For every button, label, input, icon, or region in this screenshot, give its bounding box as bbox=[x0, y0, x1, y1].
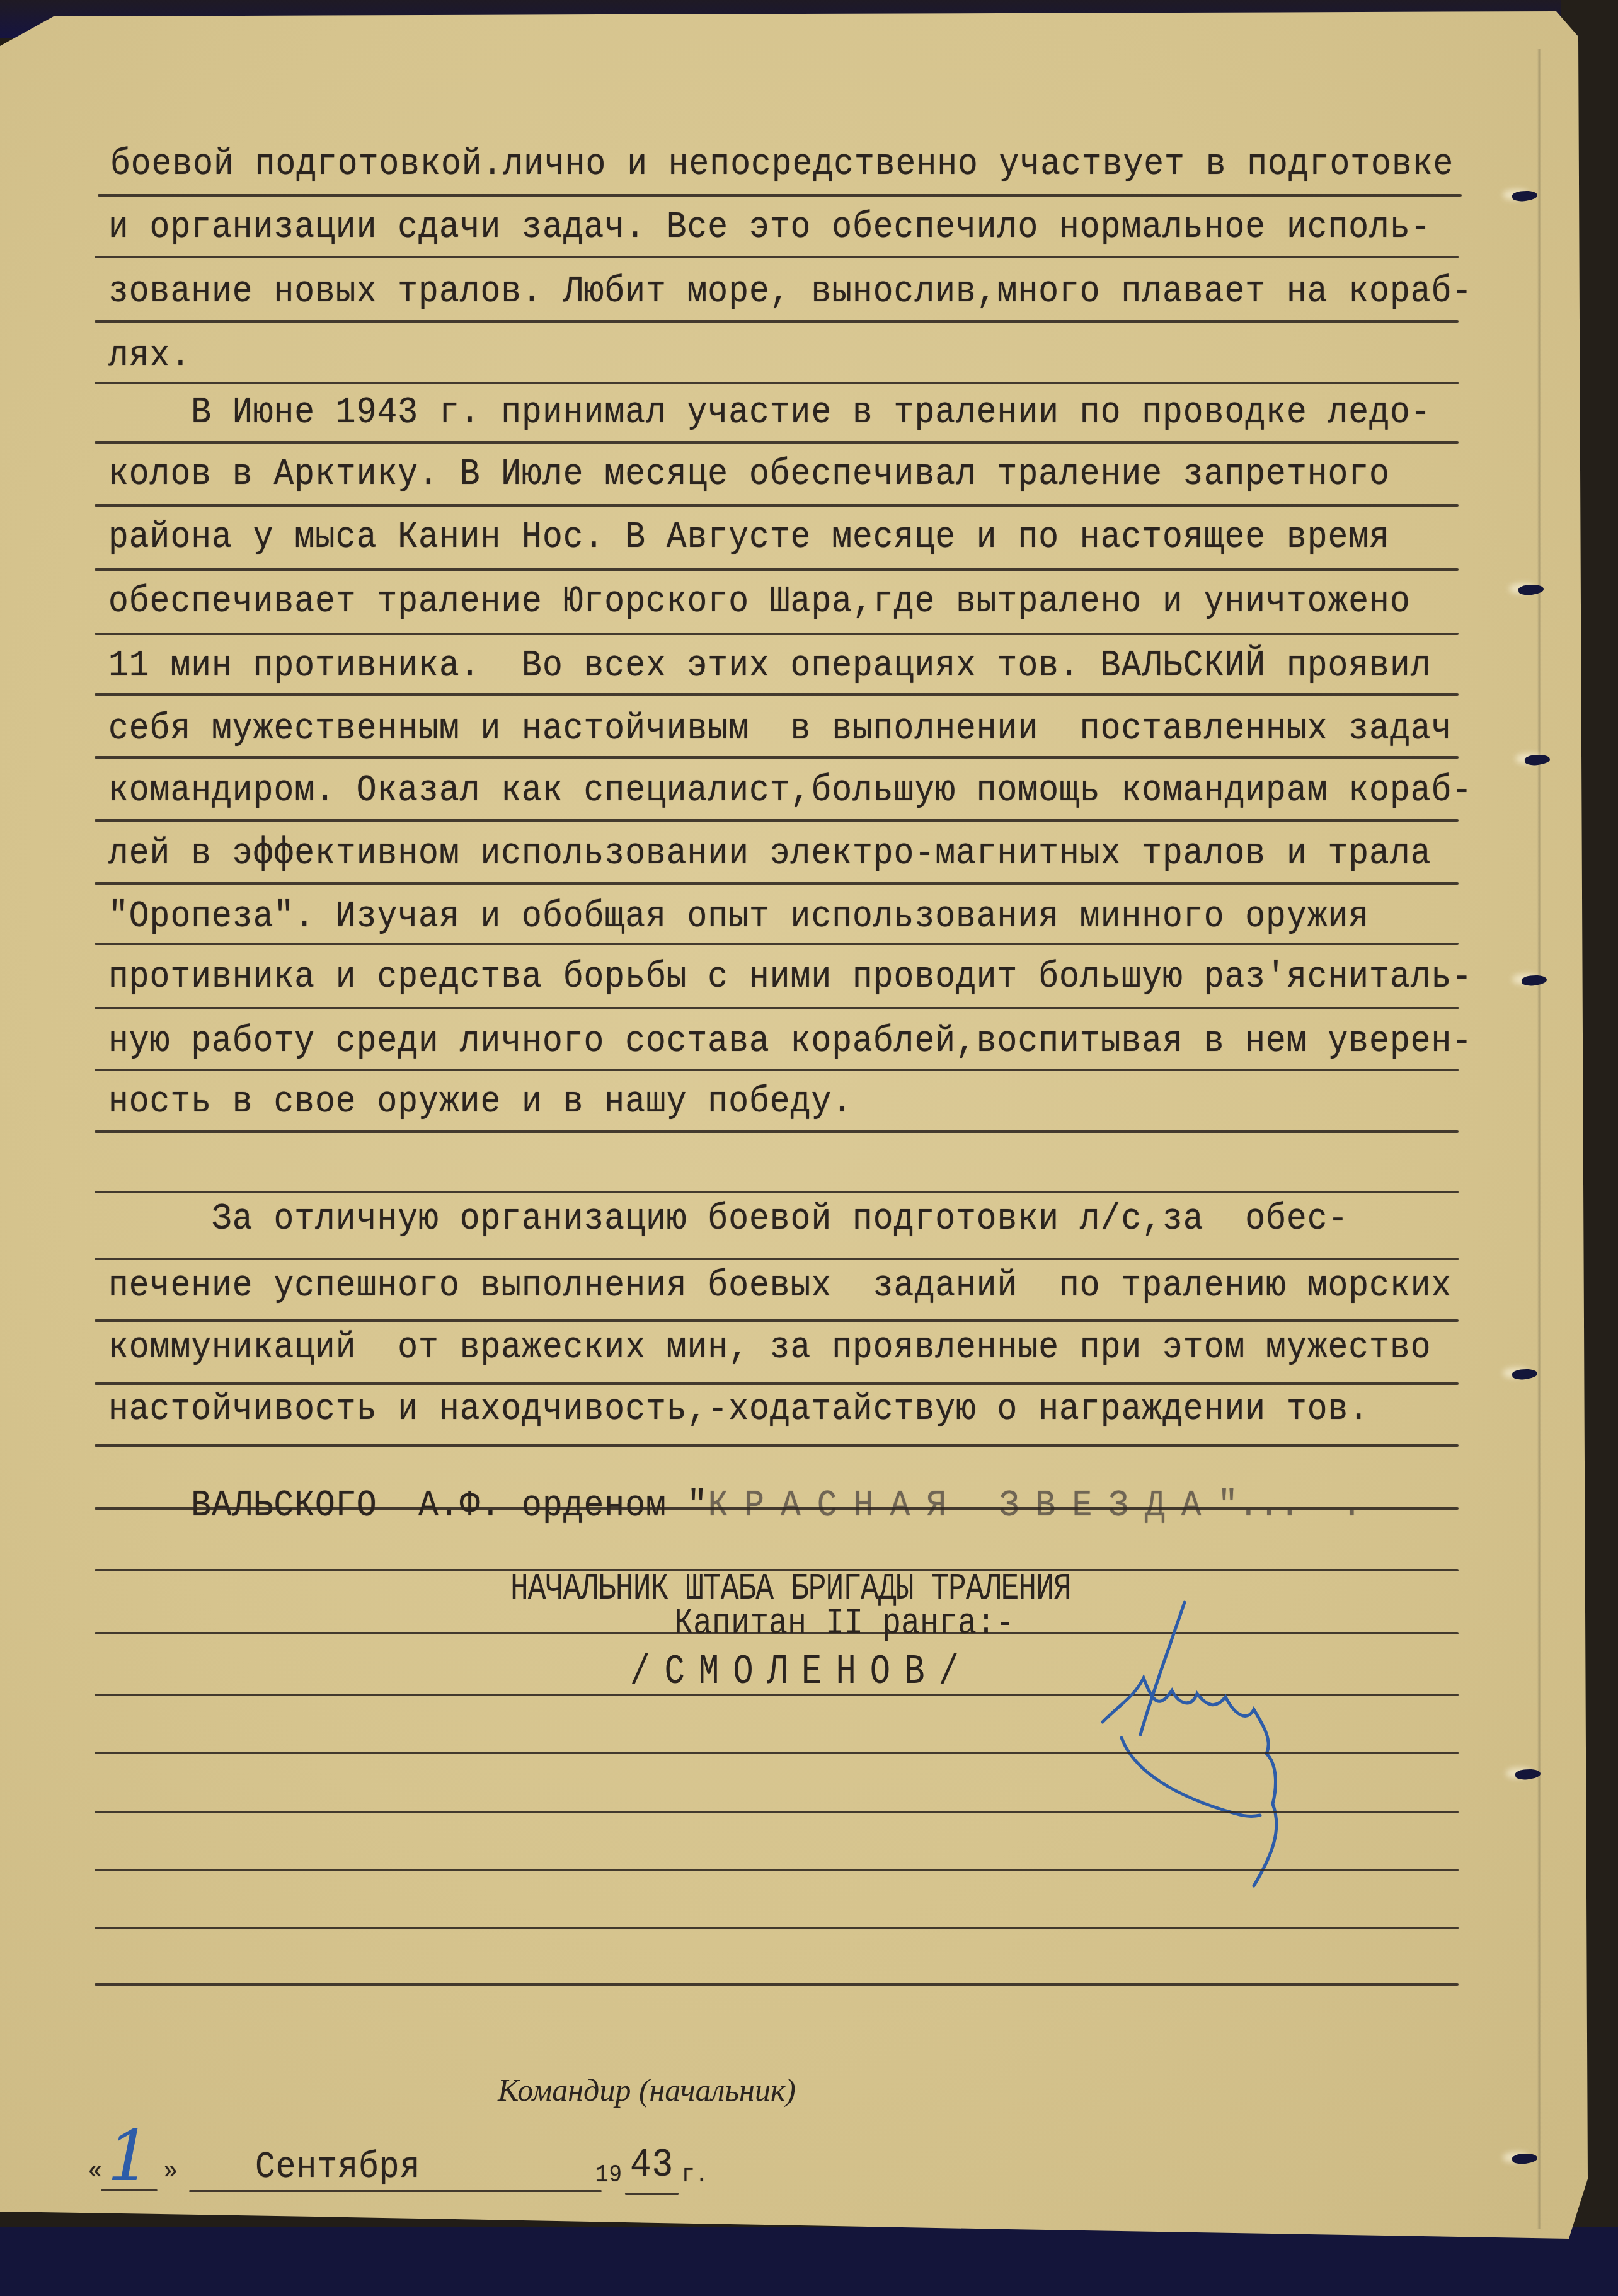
date-close-quote: » bbox=[164, 2157, 178, 2186]
date-month: Сентября bbox=[255, 2146, 420, 2188]
scan-background-bottom bbox=[0, 2227, 1618, 2296]
ruled-line bbox=[95, 819, 1459, 822]
body-line: колов в Арктику. В Июле месяце обеспечив… bbox=[108, 453, 1390, 495]
day-underline bbox=[101, 2189, 158, 2191]
body-line: 11 мин противника. Во всех этих операция… bbox=[108, 645, 1432, 687]
month-underline bbox=[189, 2190, 602, 2192]
award-recipient: ВАЛЬСКОГО А.Ф. орденом " bbox=[191, 1484, 708, 1527]
body-line: лях. bbox=[108, 335, 191, 377]
punch-hole-icon bbox=[1512, 190, 1537, 202]
ruled-line bbox=[95, 1007, 1459, 1009]
ruled-line bbox=[95, 1752, 1459, 1754]
ruled-line bbox=[95, 1983, 1459, 1986]
ruled-line bbox=[95, 1382, 1459, 1385]
body-line: лей в эффективном использовании электро-… bbox=[108, 832, 1432, 875]
ruled-line bbox=[95, 756, 1459, 759]
ruled-line bbox=[95, 1927, 1459, 1929]
body-line: обеспечивает траление Югорского Шара,где… bbox=[108, 580, 1411, 623]
body-line: боевой подготовкой.лично и непосредствен… bbox=[110, 143, 1454, 185]
body-line: командиром. Оказал как специалист,большу… bbox=[108, 769, 1472, 812]
year-underline bbox=[625, 2193, 679, 2195]
ruled-line bbox=[95, 1319, 1459, 1322]
body-line: ность в свое оружие и в нашу победу. bbox=[108, 1081, 852, 1123]
ruled-line bbox=[95, 568, 1459, 571]
body-line: зование новых тралов. Любит море, выносл… bbox=[108, 270, 1472, 313]
recommendation-line: коммуникаций от вражеских мин, за проявл… bbox=[108, 1326, 1432, 1369]
ruled-line bbox=[98, 194, 1462, 197]
recommendation-line: печение успешного выполнения боевых зада… bbox=[108, 1265, 1452, 1307]
document-page: боевой подготовкой.лично и непосредствен… bbox=[0, 11, 1588, 2242]
signatory-rank: Капитан II ранга:- bbox=[674, 1602, 1014, 1645]
date-year-prefix: 19 bbox=[595, 2162, 623, 2189]
recommendation-line: За отличную организацию боевой подготовк… bbox=[108, 1198, 1348, 1240]
ruled-line bbox=[95, 1869, 1459, 1871]
date-day: 1 bbox=[107, 2116, 151, 2196]
ruled-line bbox=[95, 1258, 1459, 1260]
body-line: и организации сдачи задач. Все это обесп… bbox=[108, 206, 1432, 248]
body-line: ную работу среди личного состава корабле… bbox=[108, 1020, 1472, 1062]
award-suffix: "... . bbox=[1218, 1484, 1363, 1527]
recommendation-line: настойчивость и находчивость,-ходатайств… bbox=[108, 1388, 1369, 1430]
ruled-line bbox=[95, 441, 1459, 444]
ruled-line bbox=[95, 633, 1459, 635]
body-line: района у мыса Канин Нос. В Августе месяц… bbox=[108, 516, 1390, 558]
ruled-line bbox=[95, 882, 1459, 885]
ruled-line bbox=[95, 256, 1459, 258]
award-name: КРАСНАЯ ЗВЕЗДА bbox=[708, 1484, 1217, 1527]
punch-hole-icon bbox=[1512, 2152, 1537, 2165]
ruled-line bbox=[95, 320, 1459, 323]
date-line: « 1 » Сентября 19 43 г. bbox=[82, 2135, 775, 2198]
commander-label: Командир (начальник) bbox=[498, 2072, 796, 2108]
punch-hole-icon bbox=[1521, 974, 1547, 987]
ruled-line bbox=[95, 504, 1459, 507]
body-line: противника и средства борьбы с ними пров… bbox=[108, 956, 1472, 998]
award-line: ВАЛЬСКОГО А.Ф. орденом "КРАСНАЯ ЗВЕЗДА".… bbox=[108, 1442, 1362, 1569]
date-year-unit: г. bbox=[682, 2162, 709, 2189]
ruled-line bbox=[95, 382, 1459, 384]
ruled-line bbox=[95, 943, 1459, 945]
punch-hole-icon bbox=[1512, 1368, 1537, 1380]
ruled-line bbox=[95, 693, 1459, 696]
date-year: 43 bbox=[630, 2142, 674, 2188]
ruled-line bbox=[95, 1507, 1459, 1510]
ruled-line bbox=[95, 1130, 1459, 1133]
date-open-quote: « bbox=[88, 2157, 103, 2186]
punch-hole-icon bbox=[1524, 754, 1550, 766]
ruled-line bbox=[95, 1811, 1459, 1813]
fold-crease bbox=[1537, 49, 1541, 2229]
body-line: себя мужественным и настойчивым в выполн… bbox=[108, 708, 1452, 750]
ruled-line bbox=[95, 1191, 1459, 1193]
body-line: "Оропеза". Изучая и обобщая опыт использ… bbox=[108, 895, 1369, 938]
body-line: В Июне 1943 г. принимал участие в трален… bbox=[108, 391, 1432, 433]
signatory-name: /СМОЛЕНОВ/ bbox=[630, 1648, 973, 1696]
ruled-line bbox=[95, 1069, 1459, 1071]
